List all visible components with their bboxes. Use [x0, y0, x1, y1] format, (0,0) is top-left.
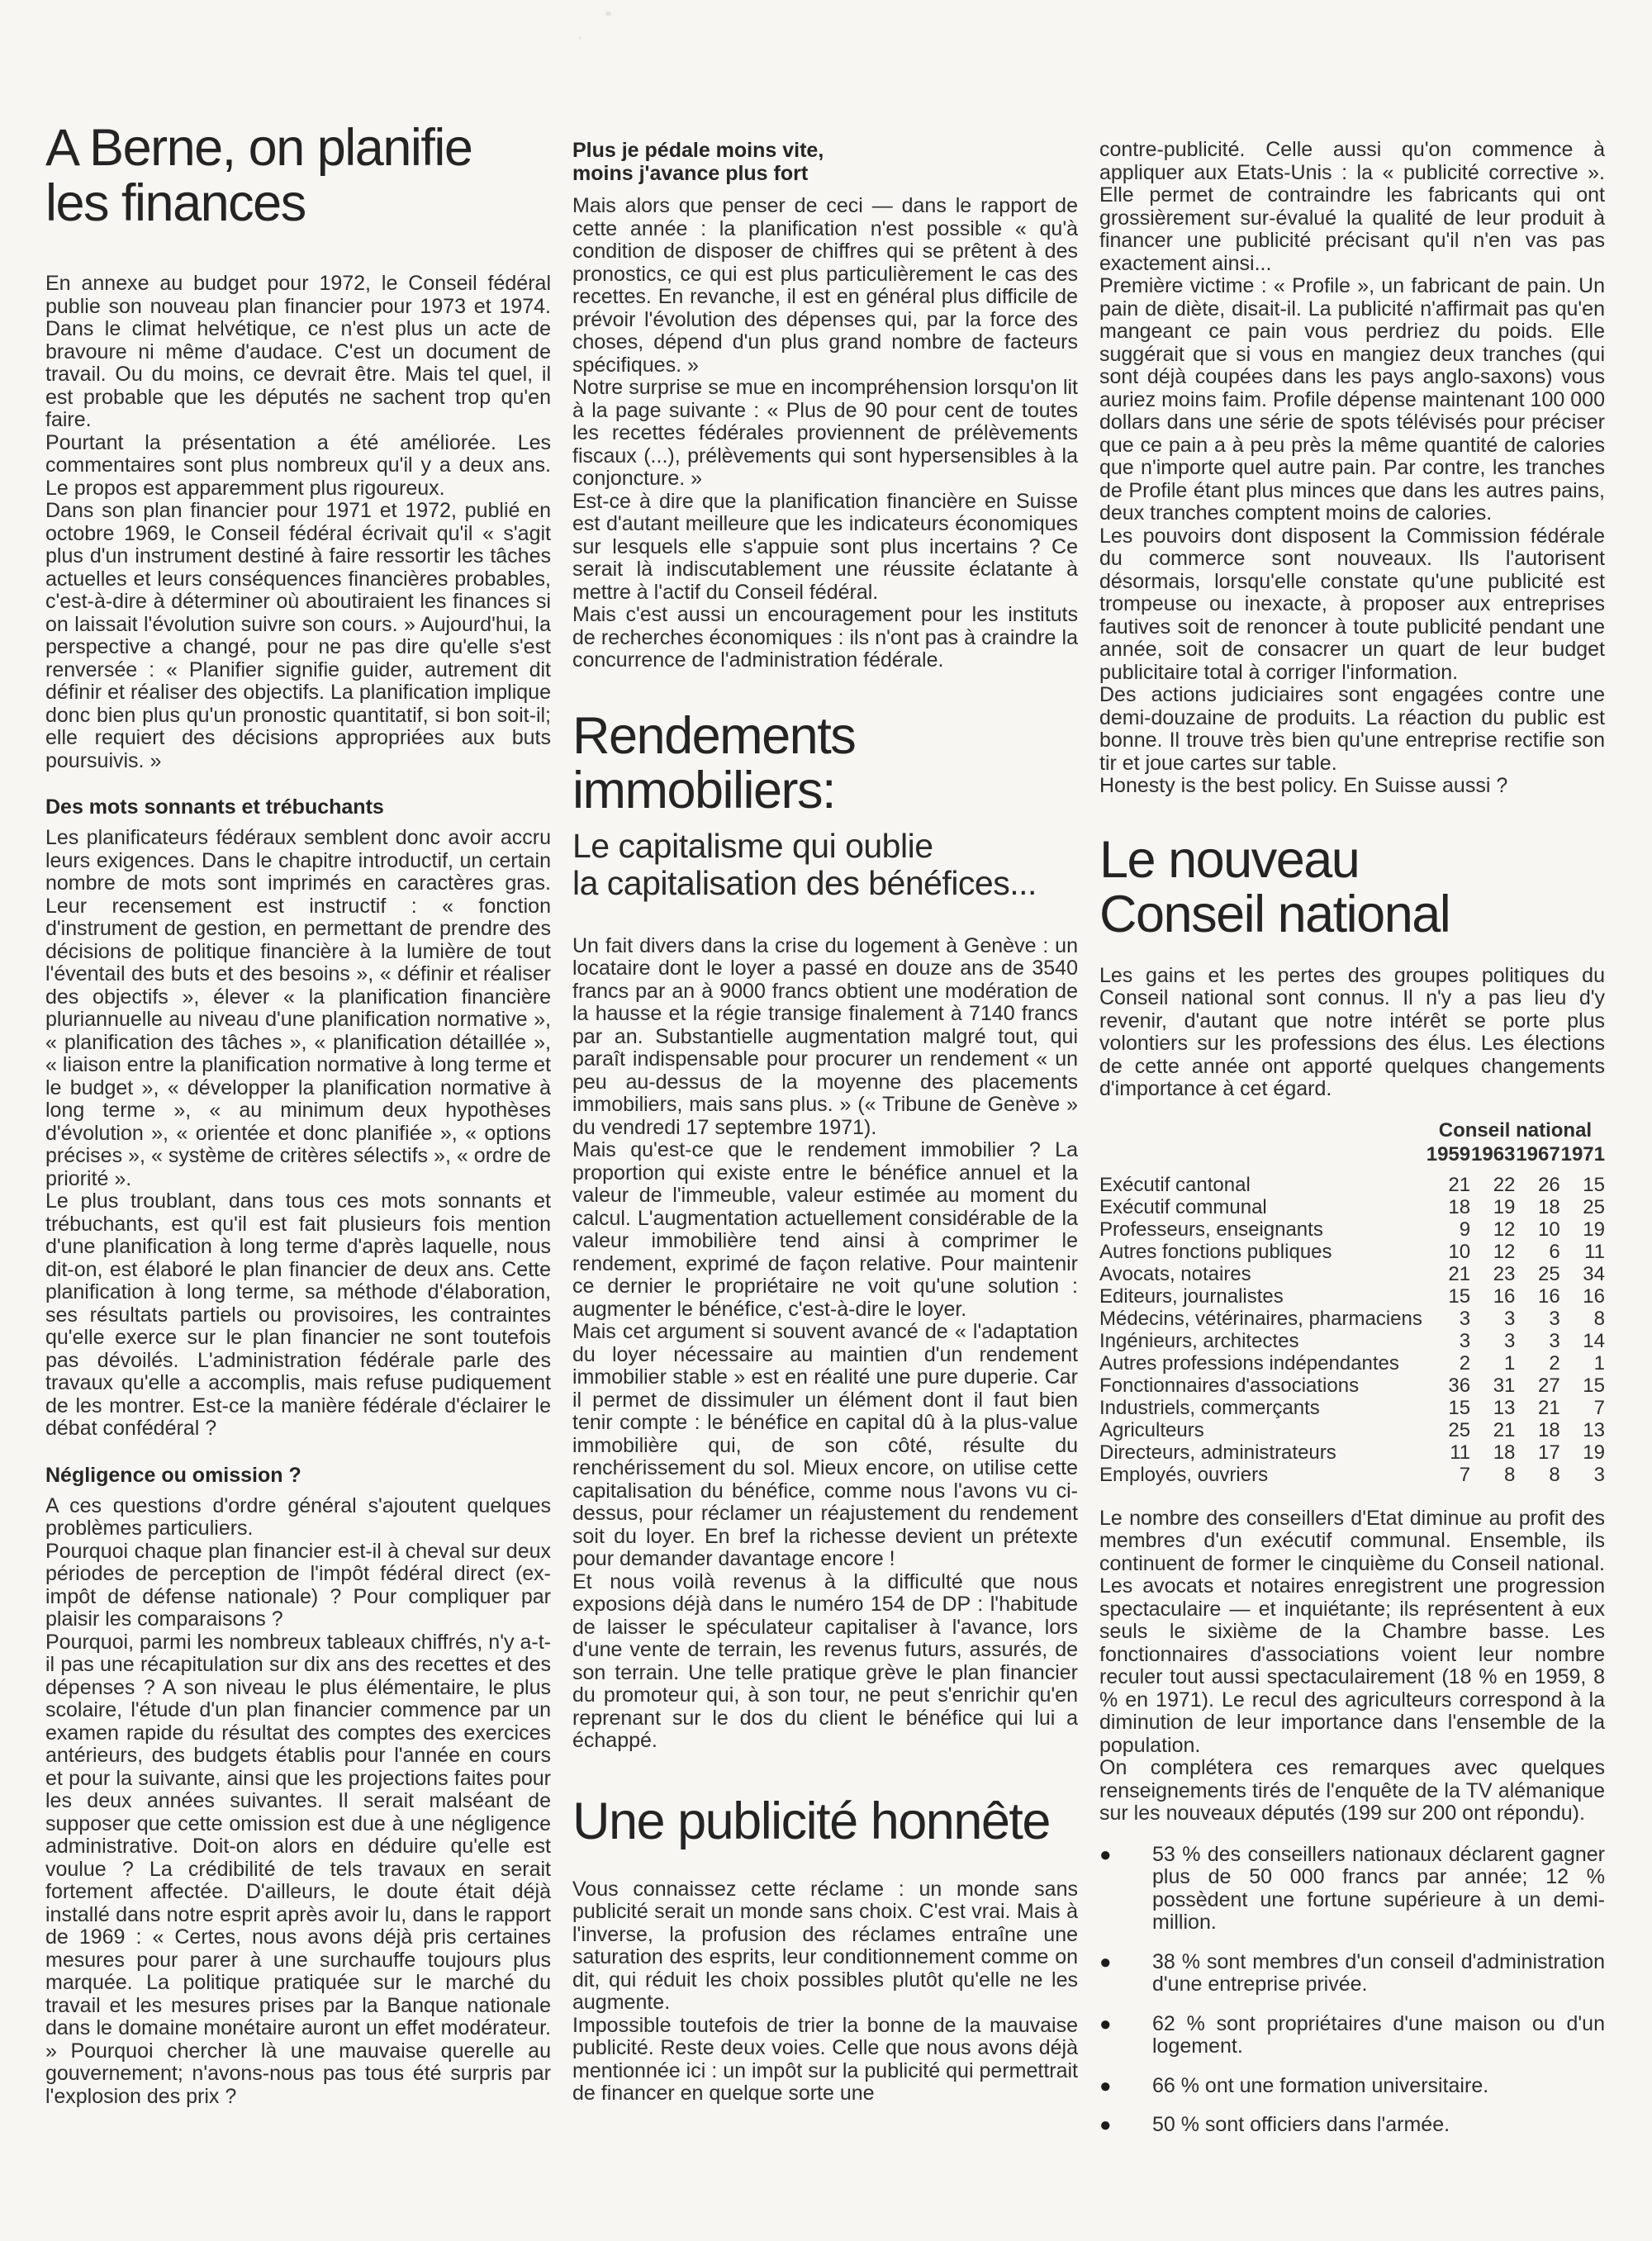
paragraph: Le nombre des conseillers d'Etat diminue… [1099, 1507, 1605, 1758]
list-item: ● 38 % sont membres d'un conseil d'admin… [1099, 1951, 1605, 1996]
table-cell: 16 [1515, 1285, 1559, 1308]
list-item: ● 66 % ont une formation universitaire. [1099, 2075, 1605, 2098]
table-year-header: 1967 [1515, 1143, 1559, 1174]
table-row: Agriculteurs 25 21 18 13 [1099, 1419, 1605, 1441]
table-row: Médecins, vétérinaires, pharmaciens 3 3 … [1099, 1308, 1605, 1330]
table-cell: 12 [1470, 1218, 1515, 1241]
article-subtitle-rendements: Le capitalisme qui oublie la capitalisat… [572, 828, 1078, 902]
table-row: Fonctionnaires d'associations 36 31 27 1… [1099, 1375, 1605, 1397]
table-cell: Employés, ouvriers [1099, 1464, 1426, 1486]
conseil-national-table: Conseil national 1959 1963 1967 1971 Exé… [1099, 1119, 1605, 1486]
paragraph: Mais alors que penser de ceci — dans le … [572, 195, 1078, 377]
bullet-icon: ● [1099, 1951, 1152, 1996]
table-cell: Directeurs, administrateurs [1099, 1441, 1426, 1464]
spacer-cell [1099, 1119, 1426, 1143]
column-left: A Berne, on planifie les finances En ann… [45, 0, 551, 2153]
table-cell: 18 [1426, 1196, 1470, 1218]
paragraph: Un fait divers dans la crise du logement… [572, 935, 1078, 1140]
table-row: Autres fonctions publiques 10 12 6 11 [1099, 1241, 1605, 1263]
table-cell: Autres fonctions publiques [1099, 1241, 1426, 1263]
paragraph: A ces questions d'ordre général s'ajoute… [45, 1495, 551, 1541]
paragraph: Mais qu'est-ce que le rendement immobili… [572, 1139, 1078, 1321]
table-cell: 15 [1426, 1285, 1470, 1308]
table-cell: 19 [1560, 1218, 1605, 1241]
table-cell: 21 [1470, 1419, 1515, 1441]
paragraph: Des actions judiciaires sont engagées co… [1099, 684, 1605, 775]
table-cell: 6 [1515, 1241, 1559, 1263]
table-cell: Professeurs, enseignants [1099, 1218, 1426, 1241]
paragraph: Pourquoi, parmi les nombreux tableaux ch… [45, 1631, 551, 2109]
table-cell: 11 [1560, 1241, 1605, 1263]
subhead-mots-sonnants: Des mots sonnants et trébuchants [45, 795, 551, 819]
paragraph: Les planificateurs fédéraux semblent don… [45, 827, 551, 1190]
table-cell: 16 [1560, 1285, 1605, 1308]
title-line: Le nouveau [1099, 831, 1359, 889]
table-cell: 3 [1426, 1330, 1470, 1352]
table-cell: 3 [1470, 1308, 1515, 1330]
paragraph: Le plus troublant, dans tous ces mots so… [45, 1190, 551, 1441]
table-cell: 17 [1515, 1441, 1559, 1464]
table-cell: Autres professions indépendantes [1099, 1352, 1426, 1375]
spacer-cell [1099, 1143, 1426, 1174]
table-cell: 21 [1426, 1263, 1470, 1285]
newspaper-page: A Berne, on planifie les finances En ann… [0, 0, 1652, 2241]
paragraph: On complétera ces remarques avec quelque… [1099, 1757, 1605, 1826]
table-row: Professeurs, enseignants 9 12 10 19 [1099, 1218, 1605, 1241]
table-cell: Agriculteurs [1099, 1419, 1426, 1441]
table-cell: 3 [1515, 1330, 1559, 1352]
column-middle: Plus je pédale moins vite, moins j'avanc… [572, 0, 1078, 2153]
list-item: ● 53 % des conseillers nationaux déclare… [1099, 1844, 1605, 1935]
table-row: Avocats, notaires 21 23 25 34 [1099, 1263, 1605, 1285]
paragraph: Honesty is the best policy. En Suisse au… [1099, 775, 1605, 798]
table-cell: 34 [1560, 1263, 1605, 1285]
paragraph: En annexe au budget pour 1972, le Consei… [45, 273, 551, 432]
table-cell: 31 [1470, 1375, 1515, 1397]
subhead-negligence: Négligence ou omission ? [45, 1464, 551, 1487]
bullet-icon: ● [1099, 1844, 1152, 1935]
table-year-header: 1963 [1470, 1143, 1515, 1174]
paragraph: Les pouvoirs dont disposent la Commissio… [1099, 525, 1605, 685]
table-cell: 21 [1426, 1174, 1470, 1196]
table-cell: 14 [1560, 1330, 1605, 1352]
paragraph: contre-publicité. Celle aussi qu'on comm… [1099, 139, 1605, 275]
subtitle-line: Le capitalisme qui oublie [572, 827, 933, 865]
paragraph: Notre surprise se mue en incompréhension… [572, 377, 1078, 491]
bullet-text: 62 % sont propriétaires d'une maison ou … [1152, 2013, 1605, 2058]
table-cell: 18 [1515, 1196, 1559, 1218]
subhead-line: Plus je pédale moins vite, [572, 139, 824, 162]
table-cell: 10 [1426, 1241, 1470, 1263]
paragraph: Est-ce à dire que la planification finan… [572, 491, 1078, 605]
paragraph: Mais c'est aussi un encouragement pour l… [572, 604, 1078, 672]
table-group-header: Conseil national [1426, 1119, 1605, 1143]
table-row: Directeurs, administrateurs 11 18 17 19 [1099, 1441, 1605, 1464]
table-cell: Fonctionnaires d'associations [1099, 1375, 1426, 1397]
paragraph: Et nous voilà revenus à la difficulté qu… [572, 1571, 1078, 1753]
article-title-publicite: Une publicité honnête [572, 1794, 1078, 1849]
table-row: Ingénieurs, architectes 3 3 3 14 [1099, 1330, 1605, 1352]
table-cell: Avocats, notaires [1099, 1263, 1426, 1285]
bullet-list: ● 53 % des conseillers nationaux déclare… [1099, 1844, 1605, 2137]
table-group-header-row: Conseil national [1099, 1119, 1605, 1143]
paragraph: Impossible toutefois de trier la bonne d… [572, 2015, 1078, 2106]
paragraph: Dans son plan financier pour 1971 et 197… [45, 500, 551, 772]
bullet-text: 38 % sont membres d'un conseil d'adminis… [1152, 1951, 1605, 1996]
table-row: Autres professions indépendantes 2 1 2 1 [1099, 1352, 1605, 1375]
table-cell: Exécutif communal [1099, 1196, 1426, 1218]
list-item: ● 62 % sont propriétaires d'une maison o… [1099, 2013, 1605, 2058]
title-line: les finances [45, 174, 306, 232]
table-cell: 27 [1515, 1375, 1559, 1397]
table-cell: 26 [1515, 1174, 1559, 1196]
table-cell: 11 [1426, 1441, 1470, 1464]
table-cell: 3 [1515, 1308, 1559, 1330]
bullet-icon: ● [1099, 2013, 1152, 2058]
table-cell: 3 [1426, 1308, 1470, 1330]
table-cell: 19 [1470, 1196, 1515, 1218]
table-year-header: 1971 [1560, 1143, 1605, 1174]
table-year-header: 1959 [1426, 1143, 1470, 1174]
table-years-row: 1959 1963 1967 1971 [1099, 1143, 1605, 1174]
table-cell: 22 [1470, 1174, 1515, 1196]
article-title-conseil-national: Le nouveau Conseil national [1099, 833, 1605, 942]
table-cell: 8 [1470, 1464, 1515, 1486]
article-title-rendements: Rendements immobiliers: [572, 709, 1078, 818]
table-row: Editeurs, journalistes 15 16 16 16 [1099, 1285, 1605, 1308]
table-cell: Exécutif cantonal [1099, 1174, 1426, 1196]
table-row: Exécutif cantonal 21 22 26 15 [1099, 1174, 1605, 1196]
table-cell: 8 [1515, 1464, 1559, 1486]
table-row: Industriels, commerçants 15 13 21 7 [1099, 1397, 1605, 1419]
table-cell: 36 [1426, 1375, 1470, 1397]
title-line: A Berne, on planifie [45, 119, 472, 177]
table-cell: 10 [1515, 1218, 1559, 1241]
table-cell: 1 [1470, 1352, 1515, 1375]
table-cell: 18 [1515, 1419, 1559, 1441]
list-item: ● 50 % sont officiers dans l'armée. [1099, 2114, 1605, 2137]
table-cell: 19 [1560, 1441, 1605, 1464]
table-row: Exécutif communal 18 19 18 25 [1099, 1196, 1605, 1218]
table-cell: 1 [1560, 1352, 1605, 1375]
table-cell: 3 [1470, 1330, 1515, 1352]
table-cell: 2 [1426, 1352, 1470, 1375]
paragraph: Les gains et les pertes des groupes poli… [1099, 965, 1605, 1101]
table-cell: 25 [1515, 1263, 1559, 1285]
table-row: Employés, ouvriers 7 8 8 3 [1099, 1464, 1605, 1486]
article-title-finances: A Berne, on planifie les finances [45, 121, 551, 231]
paragraph: Mais cet argument si souvent avancé de «… [572, 1321, 1078, 1571]
columns-wrapper: A Berne, on planifie les finances En ann… [45, 0, 1605, 2153]
table-cell: 15 [1560, 1375, 1605, 1397]
subtitle-line: la capitalisation des bénéfices... [572, 864, 1037, 902]
subhead-pedale: Plus je pédale moins vite, moins j'avanc… [572, 139, 1078, 185]
table-cell: 15 [1426, 1397, 1470, 1419]
title-line: Conseil national [1099, 885, 1450, 943]
title-line: Rendements [572, 707, 855, 765]
table-cell: Editeurs, journalistes [1099, 1285, 1426, 1308]
table-cell: 8 [1560, 1308, 1605, 1330]
table-cell: 16 [1470, 1285, 1515, 1308]
bullet-text: 50 % sont officiers dans l'armée. [1152, 2114, 1605, 2137]
title-line: immobiliers: [572, 762, 835, 819]
table-cell: 23 [1470, 1263, 1515, 1285]
column-right: contre-publicité. Celle aussi qu'on comm… [1099, 0, 1605, 2153]
paragraph: Première victime : « Profile », un fabri… [1099, 275, 1605, 525]
table-cell: 25 [1560, 1196, 1605, 1218]
bullet-text: 53 % des conseillers nationaux déclarent… [1152, 1844, 1605, 1935]
table-cell: 3 [1560, 1464, 1605, 1486]
paragraph: Vous connaissez cette réclame : un monde… [572, 1878, 1078, 2015]
paragraph: Pourquoi chaque plan financier est-il à … [45, 1541, 551, 1631]
table-cell: 25 [1426, 1419, 1470, 1441]
table-cell: 13 [1470, 1397, 1515, 1419]
bullet-icon: ● [1099, 2075, 1152, 2098]
paragraph: Pourtant la présentation a été améliorée… [45, 432, 551, 501]
table-cell: 15 [1560, 1174, 1605, 1196]
table-cell: 13 [1560, 1419, 1605, 1441]
table-cell: 18 [1470, 1441, 1515, 1464]
table-cell: 7 [1560, 1397, 1605, 1419]
bullet-text: 66 % ont une formation universitaire. [1152, 2075, 1605, 2098]
table-cell: Ingénieurs, architectes [1099, 1330, 1426, 1352]
table-cell: Industriels, commerçants [1099, 1397, 1426, 1419]
table-cell: Médecins, vétérinaires, pharmaciens [1099, 1308, 1426, 1330]
table-cell: 9 [1426, 1218, 1470, 1241]
table-cell: 7 [1426, 1464, 1470, 1486]
subhead-line: moins j'avance plus fort [572, 162, 808, 185]
table-cell: 2 [1515, 1352, 1559, 1375]
table-cell: 12 [1470, 1241, 1515, 1263]
table-cell: 21 [1515, 1397, 1559, 1419]
bullet-icon: ● [1099, 2114, 1152, 2137]
